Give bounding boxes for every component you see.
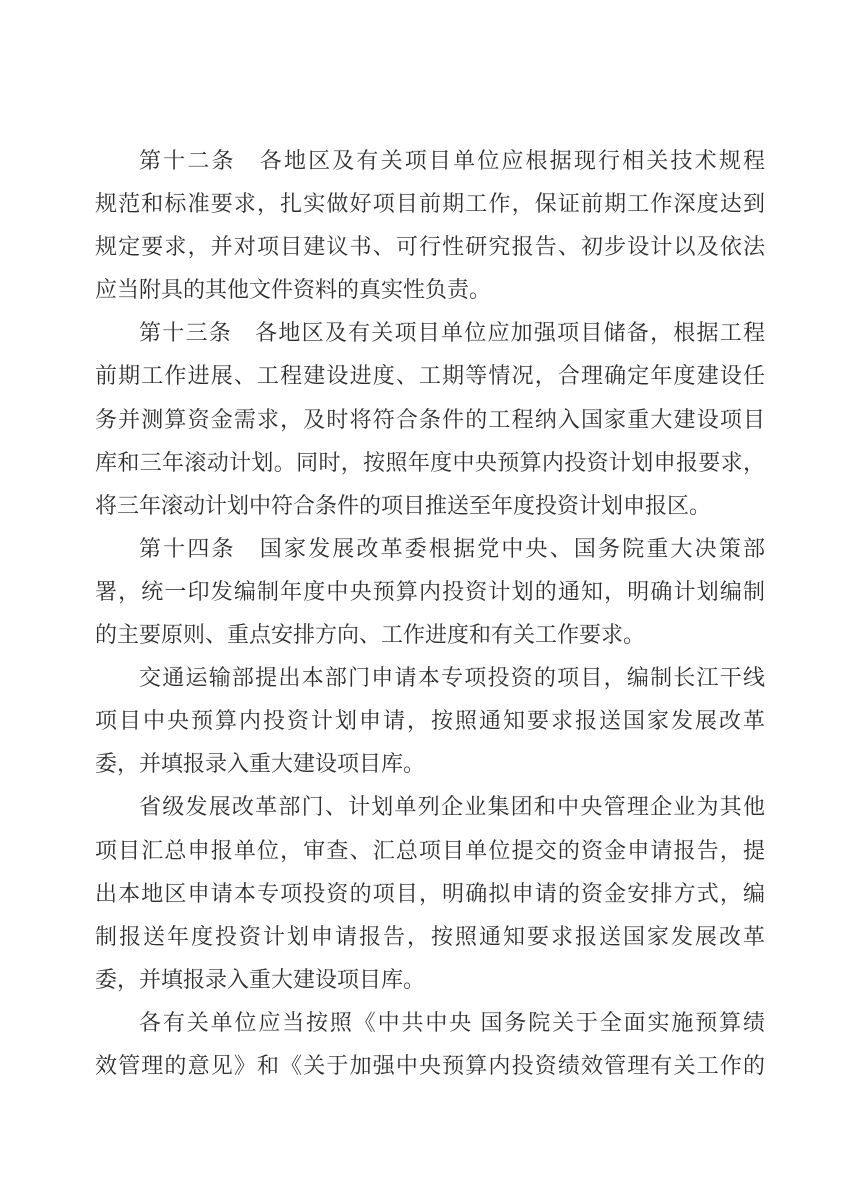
text-line: 项目汇总申报单位，审查、汇总项目单位提交的资金申请报告，提 [95, 829, 765, 872]
text-line: 规范和标准要求，扎实做好项目前期工作，保证前期工作深度达到 [95, 182, 765, 225]
document-body: 第十二条 各地区及有关项目单位应根据现行相关技术规程规范和标准要求，扎实做好项目… [95, 139, 765, 1087]
text-line: 第十三条 各地区及有关项目单位应加强项目储备，根据工程 [95, 311, 765, 354]
text-line: 的主要原则、重点安排方向、工作进度和有关工作要求。 [95, 613, 765, 656]
text-line: 署，统一印发编制年度中央预算内投资计划的通知，明确计划编制 [95, 570, 765, 613]
text-line: 第十二条 各地区及有关项目单位应根据现行相关技术规程 [95, 139, 765, 182]
paragraph: 第十四条 国家发展改革委根据党中央、国务院重大决策部署，统一印发编制年度中央预算… [95, 527, 765, 656]
text-line: 效管理的意见》和《关于加强中央预算内投资绩效管理有关工作的 [95, 1044, 765, 1087]
text-line: 应当附具的其他文件资料的真实性负责。 [95, 268, 765, 311]
text-line: 委，并填报录入重大建设项目库。 [95, 742, 765, 785]
paragraph: 各有关单位应当按照《中共中央 国务院关于全面实施预算绩效管理的意见》和《关于加强… [95, 1001, 765, 1087]
text-line: 第十四条 国家发展改革委根据党中央、国务院重大决策部 [95, 527, 765, 570]
document-page: 第十二条 各地区及有关项目单位应根据现行相关技术规程规范和标准要求，扎实做好项目… [0, 0, 841, 1192]
text-line: 省级发展改革部门、计划单列企业集团和中央管理企业为其他 [95, 785, 765, 828]
paragraph: 省级发展改革部门、计划单列企业集团和中央管理企业为其他项目汇总申报单位，审查、汇… [95, 785, 765, 1000]
text-line: 库和三年滚动计划。同时，按照年度中央预算内投资计划申报要求， [95, 441, 765, 484]
text-line: 出本地区申请本专项投资的项目，明确拟申请的资金安排方式，编 [95, 872, 765, 915]
text-line: 务并测算资金需求，及时将符合条件的工程纳入国家重大建设项目 [95, 398, 765, 441]
paragraph: 第十三条 各地区及有关项目单位应加强项目储备，根据工程前期工作进展、工程建设进度… [95, 311, 765, 526]
text-line: 将三年滚动计划中符合条件的项目推送至年度投资计划申报区。 [95, 484, 765, 527]
paragraph: 第十二条 各地区及有关项目单位应根据现行相关技术规程规范和标准要求，扎实做好项目… [95, 139, 765, 311]
text-line: 项目中央预算内投资计划申请，按照通知要求报送国家发展改革 [95, 699, 765, 742]
text-line: 规定要求，并对项目建议书、可行性研究报告、初步设计以及依法 [95, 225, 765, 268]
paragraph: 交通运输部提出本部门申请本专项投资的项目，编制长江干线项目中央预算内投资计划申请… [95, 656, 765, 785]
text-line: 制报送年度投资计划申请报告，按照通知要求报送国家发展改革 [95, 915, 765, 958]
text-line: 交通运输部提出本部门申请本专项投资的项目，编制长江干线 [95, 656, 765, 699]
text-line: 前期工作进展、工程建设进度、工期等情况，合理确定年度建设任 [95, 354, 765, 397]
text-line: 各有关单位应当按照《中共中央 国务院关于全面实施预算绩 [95, 1001, 765, 1044]
text-line: 委，并填报录入重大建设项目库。 [95, 958, 765, 1001]
